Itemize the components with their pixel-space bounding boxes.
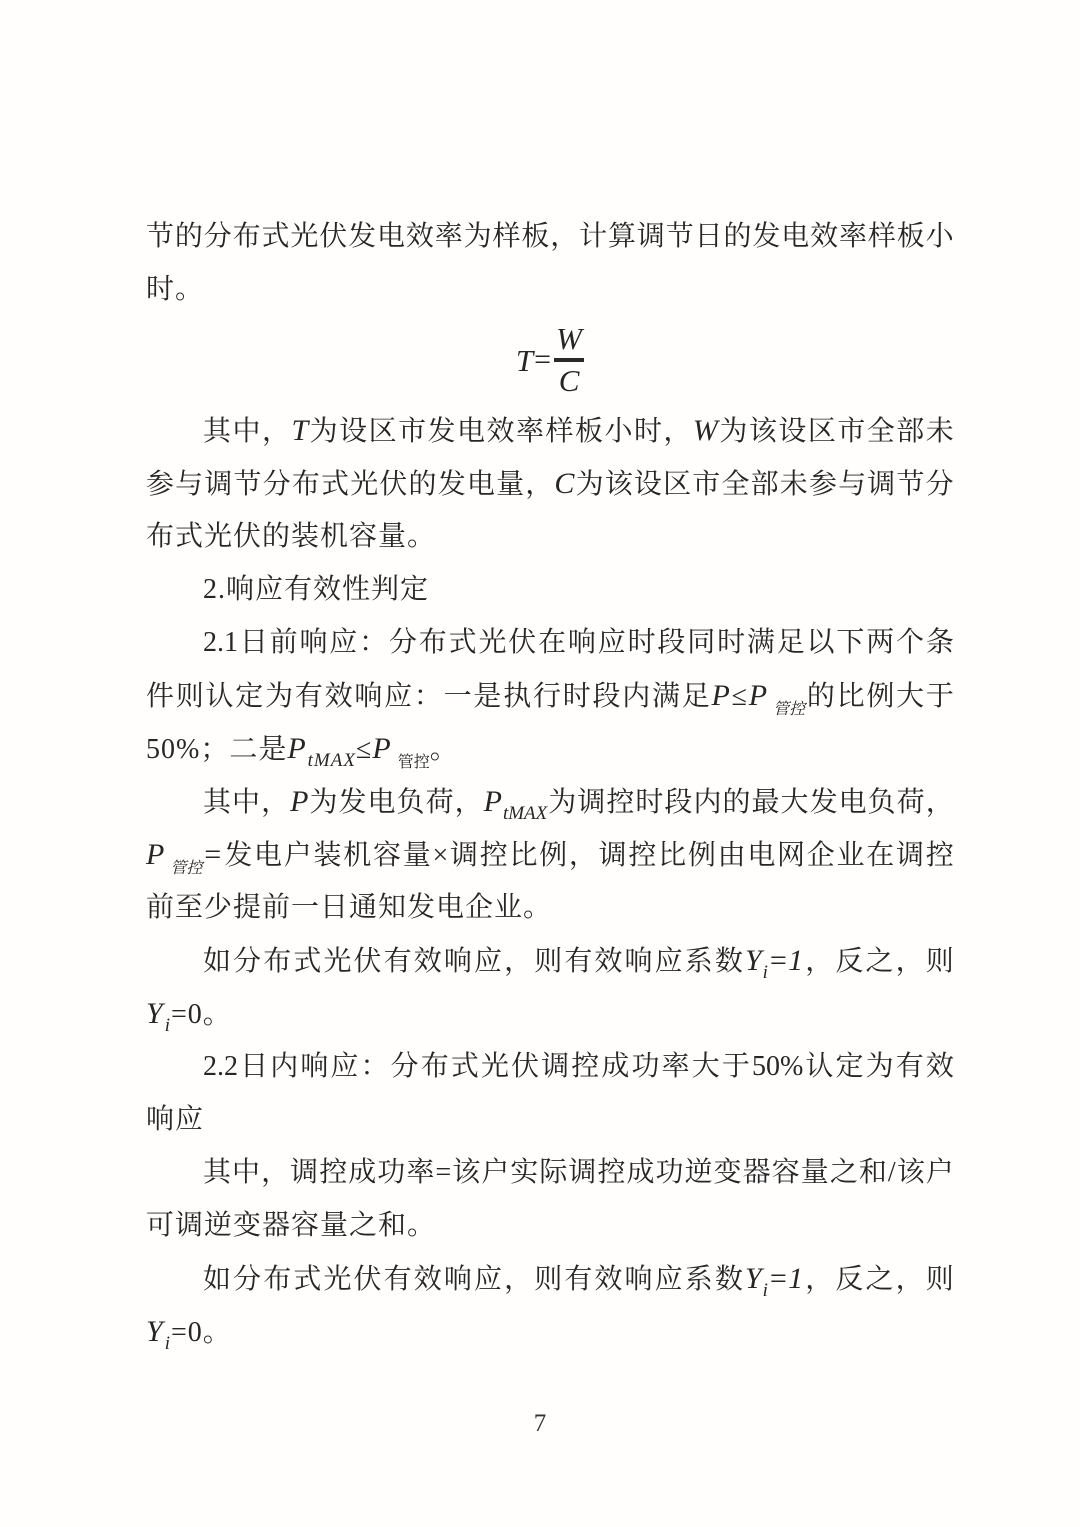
text-run: 中	[232, 405, 260, 458]
text-run: ，	[805, 935, 833, 988]
text-run: 率	[662, 1040, 690, 1093]
text-run: 市	[692, 458, 720, 511]
text-run: 一	[444, 670, 472, 723]
text-run: 发	[224, 829, 252, 882]
text-run: 应	[329, 616, 357, 669]
text-run: 伏	[319, 210, 347, 263]
text-run: 定	[835, 1040, 863, 1093]
text-run: =0。	[171, 1317, 232, 1348]
text-run: 则	[534, 935, 562, 988]
text-run: 为	[310, 405, 338, 458]
text-run: 为	[309, 776, 337, 829]
text-run: 调	[541, 1040, 569, 1093]
text-run: 响	[568, 616, 596, 669]
text-run: 样	[545, 405, 573, 458]
text-run: 有	[564, 935, 592, 988]
text-run: 量	[801, 1146, 829, 1199]
formula-lhs: T	[516, 345, 533, 376]
text-run: 内	[270, 1040, 298, 1093]
text-run: 网	[777, 829, 805, 882]
text-run: ≤	[732, 670, 747, 723]
text-run: 则	[926, 1253, 954, 1306]
text-run: 响	[299, 616, 327, 669]
text-run: 节	[146, 210, 174, 263]
text-run: 调	[204, 458, 232, 511]
text-run: 节	[234, 458, 262, 511]
text-run: 功	[632, 1040, 660, 1093]
text-run: 条	[926, 616, 954, 669]
text-run: 分	[926, 458, 954, 511]
text-line: 如分布式光伏有效响应，则有效响应系数Yi=1，反之，则	[146, 1252, 954, 1305]
text-run: 其	[203, 1146, 231, 1199]
text-run: 式	[293, 1253, 321, 1306]
text-run: 分	[233, 1253, 261, 1306]
text-line: 可调逆变器容量之和。	[146, 1199, 954, 1252]
text-run: 有	[564, 1253, 592, 1306]
text-run: 布	[292, 458, 320, 511]
text-run: 伏	[511, 1040, 539, 1093]
text-run: 在	[866, 829, 894, 882]
text-run: 数	[715, 1253, 743, 1306]
text-run: 布式光伏的装机容量。	[146, 521, 436, 552]
text-run: P	[712, 669, 730, 722]
formula-numerator: W	[556, 321, 582, 357]
text-run: 由	[718, 829, 746, 882]
text-run: 率	[516, 405, 544, 458]
text-run: 该	[897, 1146, 925, 1199]
text-run: 足	[682, 670, 710, 723]
text-line: Yi=0。	[146, 987, 954, 1040]
text-run: 光	[323, 935, 351, 988]
text-run: 小	[926, 210, 954, 263]
text-run: 控	[571, 1040, 599, 1093]
text-run: 件	[146, 670, 174, 723]
text-run: ，	[896, 1253, 924, 1306]
text-run: 发	[438, 458, 466, 511]
text-run: 发	[338, 776, 366, 829]
text-run: 与	[175, 458, 203, 511]
text-line: 2.1日前响应：分布式光伏在响应时段同时满足以下两个条	[146, 616, 954, 669]
text-run: 响	[444, 935, 472, 988]
text-run: 50%；二是	[146, 734, 287, 765]
text-run: 2.响应有效性判定	[203, 574, 429, 605]
text-run: 应	[598, 616, 626, 669]
text-run: 装	[314, 829, 342, 882]
text-run: ，	[262, 405, 290, 458]
text-run: 功	[377, 1146, 405, 1199]
text-run: 响	[300, 1040, 328, 1093]
text-run: 的	[807, 670, 835, 723]
text-run: 响	[625, 1253, 653, 1306]
text-run: 的	[722, 776, 750, 829]
text-run: 式	[451, 1040, 479, 1093]
text-run: 时	[717, 616, 745, 669]
text-line: 响应	[146, 1093, 954, 1146]
text-run: 样	[493, 210, 521, 263]
text-run: 控	[597, 1146, 625, 1199]
text-run: 区	[808, 405, 836, 458]
text-run: W	[693, 404, 718, 457]
text-run: 效	[414, 1253, 442, 1306]
text-run: 分	[263, 458, 291, 511]
text-line: P管控=发电户装机容量×调控比例，调控比例由电网企业在调控	[146, 828, 954, 881]
text-run: 设	[634, 458, 662, 511]
text-run: ，	[896, 935, 924, 988]
text-run: ，	[455, 776, 483, 829]
text-line: 件则认定为有效响应：一是执行时段内满足P≤P管控的比例大于	[146, 669, 954, 722]
text-run: 调	[599, 829, 627, 882]
text-run: 反	[835, 935, 863, 988]
text-run: 市	[837, 405, 865, 458]
document-body: 节的分布式光伏发电效率为样板，计算调节日的发电效率样板小时。 T= W C 其中…	[146, 210, 954, 1358]
text-run: 区	[663, 458, 691, 511]
text-run: 和	[859, 1146, 887, 1199]
text-run: 内	[622, 670, 650, 723]
text-run: 光	[478, 616, 506, 669]
text-line: 其中，调控成功率=该户实际调控成功逆变器容量之和/该户	[146, 1146, 954, 1199]
text-run: 效	[487, 405, 515, 458]
text-run: =1	[768, 1262, 803, 1295]
text-run: 时	[563, 670, 591, 723]
text-run: 设	[339, 405, 367, 458]
text-run: 式	[293, 935, 321, 988]
text-run: 电	[377, 210, 405, 263]
text-run: 中	[232, 776, 260, 829]
text-run: 未	[780, 458, 808, 511]
text-run: 足	[777, 616, 805, 669]
text-run: 的	[724, 210, 752, 263]
text-run: 发	[348, 210, 376, 263]
text-run: 容	[772, 1146, 800, 1199]
text-run: 部	[896, 405, 924, 458]
text-run: ，	[550, 210, 578, 263]
text-run: 全	[721, 458, 749, 511]
text-run: 设	[778, 405, 806, 458]
text-run: 该	[749, 405, 777, 458]
text-run: 内	[693, 776, 721, 829]
text-line: 节的分布式光伏发电效率为样板，计算调节日的发电效率样板小	[146, 210, 954, 263]
text-run: P	[372, 732, 391, 765]
text-line: 参与调节分布式光伏的发电量，C为该设区市全部未参与调节分	[146, 457, 954, 510]
text-run: =	[202, 838, 222, 871]
text-run: 大	[692, 1040, 720, 1093]
text-run: 满	[652, 670, 680, 723]
text-run: 区	[369, 405, 397, 458]
text-run: 满	[747, 616, 775, 669]
text-run: 效	[594, 1253, 622, 1306]
text-run: 于	[722, 1040, 750, 1093]
text-run: tMAX	[503, 803, 547, 824]
text-run: 控	[319, 1146, 347, 1199]
text-run: 应	[474, 1253, 502, 1306]
text-run: 效	[406, 210, 434, 263]
text-run: 为	[464, 210, 492, 263]
text-run: ，	[525, 458, 553, 511]
text-run: 例	[688, 829, 716, 882]
text-run: 为	[265, 670, 293, 723]
text-run: 调	[450, 829, 478, 882]
text-run: ：	[414, 670, 442, 723]
text-run: 光	[481, 1040, 509, 1093]
text-run: 发	[810, 776, 838, 829]
text-run: 负	[868, 776, 896, 829]
text-run: 变	[714, 1146, 742, 1199]
text-run: 与	[838, 458, 866, 511]
text-run: 的	[409, 458, 437, 511]
text-run: 时	[635, 776, 663, 829]
text-run: ，	[261, 776, 289, 829]
text-run: 算	[608, 210, 636, 263]
text-line: 如分布式光伏有效响应，则有效响应系数Yi=1，反之，则	[146, 934, 954, 987]
text-run: 效	[926, 1040, 954, 1093]
text-run: 大	[781, 776, 809, 829]
text-run: 调	[867, 458, 895, 511]
text-run: ：	[361, 1040, 389, 1093]
text-run: 响	[354, 670, 382, 723]
text-run: 量	[403, 829, 431, 882]
text-run: 之	[866, 1253, 894, 1306]
text-run: 比	[658, 829, 686, 882]
formula-block: T= W C	[146, 316, 954, 404]
text-run: ：	[359, 616, 387, 669]
text-run: Yi=1	[745, 1252, 803, 1317]
text-run: 布	[263, 1253, 291, 1306]
text-run: 应	[474, 935, 502, 988]
text-run: 荷	[897, 776, 925, 829]
text-run: 参	[146, 458, 174, 511]
text-run: 日	[240, 616, 268, 669]
text-run: 式	[449, 616, 477, 669]
text-run: 例	[866, 670, 894, 723]
text-run: 荷	[426, 776, 454, 829]
text-line: 其中，T为设区市发电效率样板小时，W为该设区市全部未	[146, 404, 954, 457]
page-number: 7	[0, 1410, 1080, 1438]
text-line: 时。	[146, 263, 954, 316]
text-run: 样	[868, 210, 896, 263]
text-run: ，	[504, 935, 532, 988]
text-run: 执	[503, 670, 531, 723]
text-run: 认	[206, 670, 234, 723]
text-run: 系	[685, 935, 713, 988]
text-run: 于	[926, 670, 954, 723]
text-run: 响	[444, 1253, 472, 1306]
text-run: 调	[637, 210, 665, 263]
text-run: =1	[768, 944, 803, 977]
text-run: 时	[634, 405, 662, 458]
text-run: 为	[719, 405, 747, 458]
text-run: 参	[809, 458, 837, 511]
text-run: 成	[626, 1146, 654, 1199]
text-run: ，	[569, 829, 597, 882]
text-run: 控	[480, 829, 508, 882]
text-run: 则	[926, 935, 954, 988]
text-run: 电	[254, 829, 282, 882]
text-run: 以	[807, 616, 835, 669]
text-run: Yi=1	[745, 934, 803, 999]
text-run: 系	[685, 1253, 713, 1306]
text-run: 户	[926, 1146, 954, 1199]
text-run: P	[287, 732, 306, 765]
text-run: 比	[837, 670, 865, 723]
formula-fraction: W C	[554, 321, 584, 399]
text-run: 计	[579, 210, 607, 263]
text-run: 式	[262, 210, 290, 263]
text-run: 电	[457, 405, 485, 458]
text-run: 则	[534, 1253, 562, 1306]
text-line: 2.2日内响应：分布式光伏调控成功率大于50%认定为有效	[146, 1040, 954, 1093]
text-run: 例	[539, 829, 567, 882]
text-run: 日	[240, 1040, 268, 1093]
text-run: ，	[504, 1253, 532, 1306]
text-run: 器	[743, 1146, 771, 1199]
text-run: ，	[663, 405, 691, 458]
text-run: 际	[539, 1146, 567, 1199]
text-run: 板	[897, 210, 925, 263]
text-run: 前	[270, 616, 298, 669]
text-run: 部	[751, 458, 779, 511]
text-run: 为	[576, 458, 604, 511]
text-run: ，	[805, 1253, 833, 1306]
text-run: 小	[604, 405, 632, 458]
text-run: ≤	[356, 734, 372, 765]
text-run: 布	[421, 1040, 449, 1093]
text-run: 发	[428, 405, 456, 458]
text-run: 光	[323, 1253, 351, 1306]
text-run: 光	[350, 458, 378, 511]
text-run: ×	[432, 829, 448, 882]
text-run: 如	[203, 1253, 231, 1306]
text-run: 应	[655, 1253, 683, 1306]
text-run: ，	[261, 1146, 289, 1199]
text-run: 伏	[354, 1253, 382, 1306]
text-run: 。	[430, 734, 459, 765]
text-run: 应	[655, 935, 683, 988]
text-run: 逆	[685, 1146, 713, 1199]
text-run: 率	[406, 1146, 434, 1199]
text-run: 容	[373, 829, 401, 882]
text-run: 有	[295, 670, 323, 723]
text-run: 之	[830, 1146, 858, 1199]
text-run: 板	[575, 405, 603, 458]
text-run: =0。	[171, 999, 232, 1030]
fraction-bar	[554, 358, 584, 362]
text-run: 成	[601, 1040, 629, 1093]
text-run: 效	[594, 935, 622, 988]
text-run: 的	[175, 210, 203, 263]
text-run: ，	[926, 776, 954, 829]
text-run: 控	[628, 829, 656, 882]
text-run: =	[435, 1146, 451, 1199]
text-run: 认	[805, 1040, 833, 1093]
text-run: 率	[435, 210, 463, 263]
text-run: 分	[233, 935, 261, 988]
text-run: 布	[263, 935, 291, 988]
text-run: 是	[473, 670, 501, 723]
text-run: 响	[625, 935, 653, 988]
text-run: P管控	[749, 669, 805, 736]
text-run: 响应	[146, 1104, 204, 1135]
text-run: 比	[509, 829, 537, 882]
text-run: /	[888, 1146, 896, 1199]
text-line: 50%；二是PtMAX≤P管控。	[146, 722, 954, 775]
text-line: 2.响应有效性判定	[146, 563, 954, 616]
text-run: 控	[606, 776, 634, 829]
text-run: 最	[752, 776, 780, 829]
text-run: 分	[391, 1040, 419, 1093]
text-run: 时	[628, 616, 656, 669]
text-run: 在	[538, 616, 566, 669]
text-run: 分	[389, 616, 417, 669]
text-run: 该	[605, 458, 633, 511]
text-run: 数	[715, 935, 743, 988]
text-run: 分	[204, 210, 232, 263]
text-run: 应	[330, 1040, 358, 1093]
document-page: 节的分布式光伏发电效率为样板，计算调节日的发电效率样板小时。 T= W C 其中…	[0, 0, 1080, 1527]
text-run: 电	[839, 776, 867, 829]
text-line: 其中，P为发电负荷，PtMAX为调控时段内的最大发电负荷，	[146, 775, 954, 828]
text-run: 应	[384, 670, 412, 723]
text-run: 布	[419, 616, 447, 669]
text-run: 伏	[379, 458, 407, 511]
text-run: 机	[343, 829, 371, 882]
text-run: 户	[284, 829, 312, 882]
text-run: 电	[368, 776, 396, 829]
text-run: 量	[496, 458, 524, 511]
text-run: 率	[839, 210, 867, 263]
text-run: 业	[837, 829, 865, 882]
text-run: 有	[384, 935, 412, 988]
text-run: 时。	[146, 274, 204, 305]
text-run: 之	[866, 935, 894, 988]
text-run: 如	[203, 935, 231, 988]
text-run: 大	[896, 670, 924, 723]
text-run: Y	[146, 997, 164, 1030]
formula-denominator: C	[559, 363, 580, 399]
text-run: 企	[807, 829, 835, 882]
text-run: 定	[235, 670, 263, 723]
text-run: 可调逆变器容量之和。	[146, 1210, 436, 1241]
text-run: P	[290, 775, 308, 828]
text-run: T	[291, 404, 308, 457]
text-run: 段	[592, 670, 620, 723]
text-run: 50%	[752, 1040, 803, 1093]
text-run: 调	[290, 1146, 318, 1199]
text-run: tMAX	[308, 750, 356, 771]
text-run: 有	[384, 1253, 412, 1306]
text-run: 反	[835, 1253, 863, 1306]
text-run: 效	[325, 670, 353, 723]
text-run: 管控	[398, 754, 430, 771]
text-run: 其	[203, 776, 231, 829]
text-run: 电	[747, 829, 775, 882]
text-run: 为	[548, 776, 576, 829]
text-run: 为	[866, 1040, 894, 1093]
text-run: 日	[695, 210, 723, 263]
text-run: 段	[657, 616, 685, 669]
text-run: 全	[867, 405, 895, 458]
text-run: 前至少提前一日通知发电企业。	[146, 892, 552, 923]
text-run: 个	[896, 616, 924, 669]
text-run: 两	[866, 616, 894, 669]
text-run: 发	[752, 210, 780, 263]
text-run: 2.1	[203, 616, 238, 669]
text-run: 则	[176, 670, 204, 723]
text-line: 布式光伏的装机容量。	[146, 510, 954, 563]
formula-equals-sign: =	[534, 345, 551, 375]
text-run: 市	[398, 405, 426, 458]
text-run: Y	[146, 1315, 164, 1348]
text-run: 有	[896, 1040, 924, 1093]
